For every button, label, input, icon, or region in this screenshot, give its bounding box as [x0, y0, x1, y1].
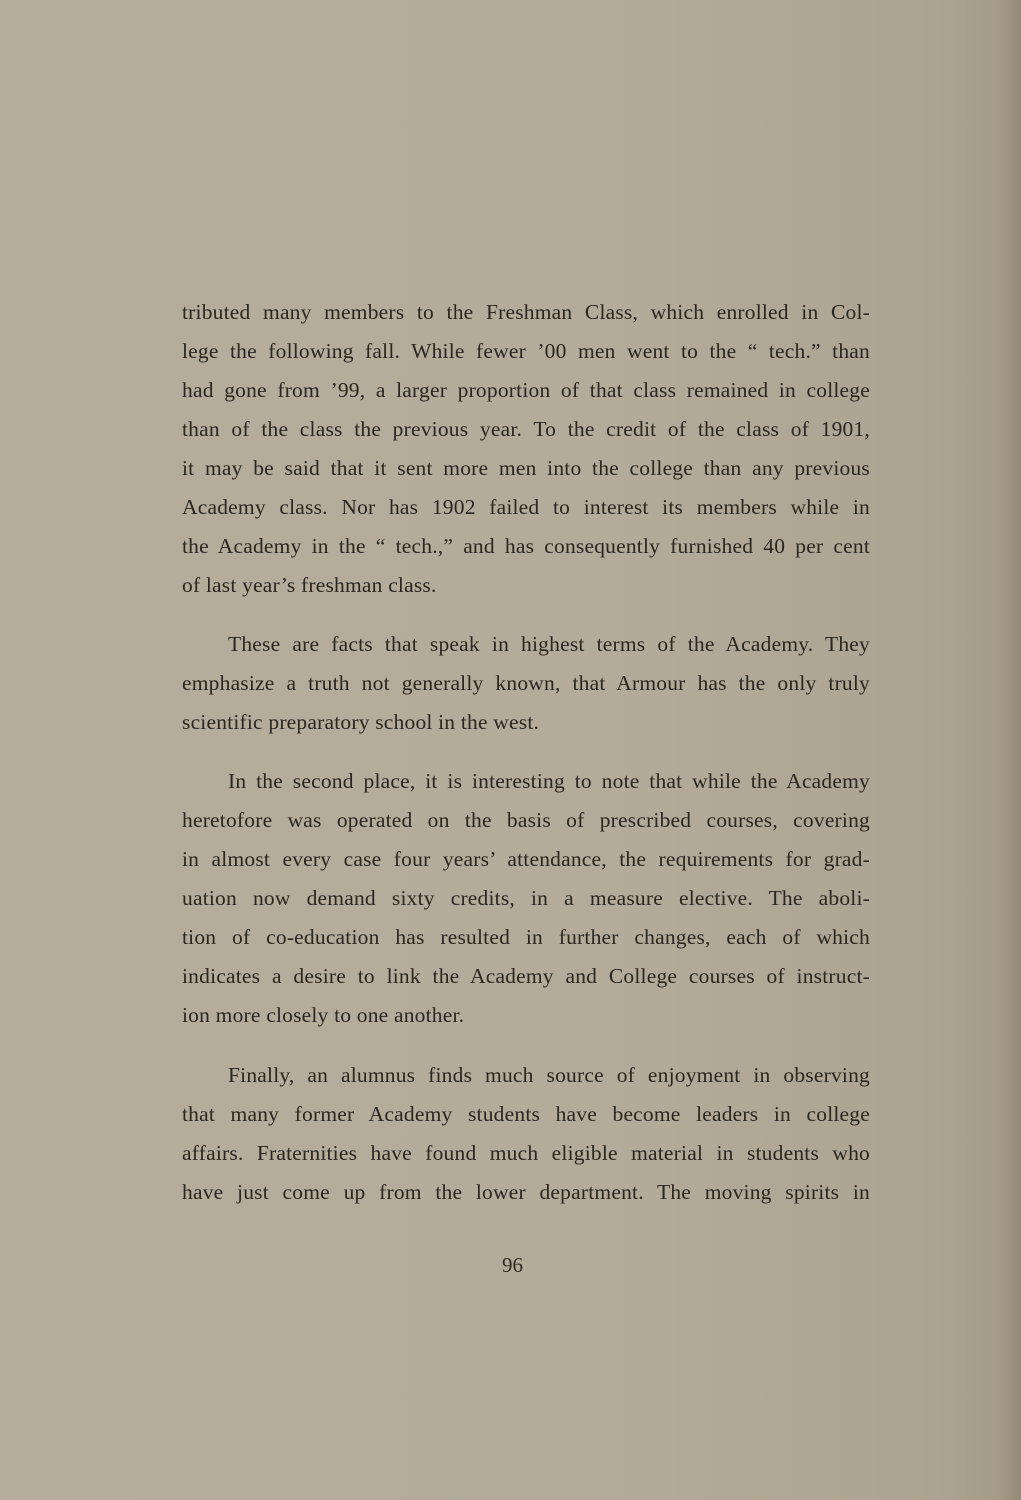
text-line: uation now demand sixty credits, in a me…: [182, 879, 870, 918]
body-text: tributed many members to the Freshman Cl…: [182, 293, 870, 1212]
text-line: had gone from ’99, a larger proportion o…: [182, 371, 870, 410]
text-line: emphasize a truth not generally known, t…: [182, 664, 870, 703]
text-line: lege the following fall. While fewer ’00…: [182, 332, 870, 371]
text-line: These are facts that speak in highest te…: [182, 625, 870, 664]
paragraph-4: Finally, an alumnus finds much source of…: [182, 1056, 870, 1212]
paragraph-3: In the second place, it is interesting t…: [182, 762, 870, 1035]
text-line: tion of co-education has resulted in fur…: [182, 918, 870, 957]
text-line: heretofore was operated on the basis of …: [182, 801, 870, 840]
page-number: 96: [0, 1253, 1021, 1278]
text-line: Academy class. Nor has 1902 failed to in…: [182, 488, 870, 527]
text-line: that many former Academy students have b…: [182, 1095, 870, 1134]
text-line: indicates a desire to link the Academy a…: [182, 957, 870, 996]
text-line: have just come up from the lower departm…: [182, 1173, 870, 1212]
text-line: the Academy in the “ tech.,” and has con…: [182, 527, 870, 566]
paragraph-1: tributed many members to the Freshman Cl…: [182, 293, 870, 605]
paragraph-2: These are facts that speak in highest te…: [182, 625, 870, 742]
text-line: scientific preparatory school in the wes…: [182, 703, 870, 742]
text-line: it may be said that it sent more men int…: [182, 449, 870, 488]
text-line: of last year’s freshman class.: [182, 566, 870, 605]
text-line: In the second place, it is interesting t…: [182, 762, 870, 801]
scanned-page: tributed many members to the Freshman Cl…: [0, 0, 1021, 1500]
text-line: Finally, an alumnus finds much source of…: [182, 1056, 870, 1095]
text-line: affairs. Fraternities have found much el…: [182, 1134, 870, 1173]
text-line: tributed many members to the Freshman Cl…: [182, 293, 870, 332]
text-line: than of the class the previous year. To …: [182, 410, 870, 449]
text-line: ion more closely to one another.: [182, 996, 870, 1035]
text-line: in almost every case four years’ attenda…: [182, 840, 870, 879]
